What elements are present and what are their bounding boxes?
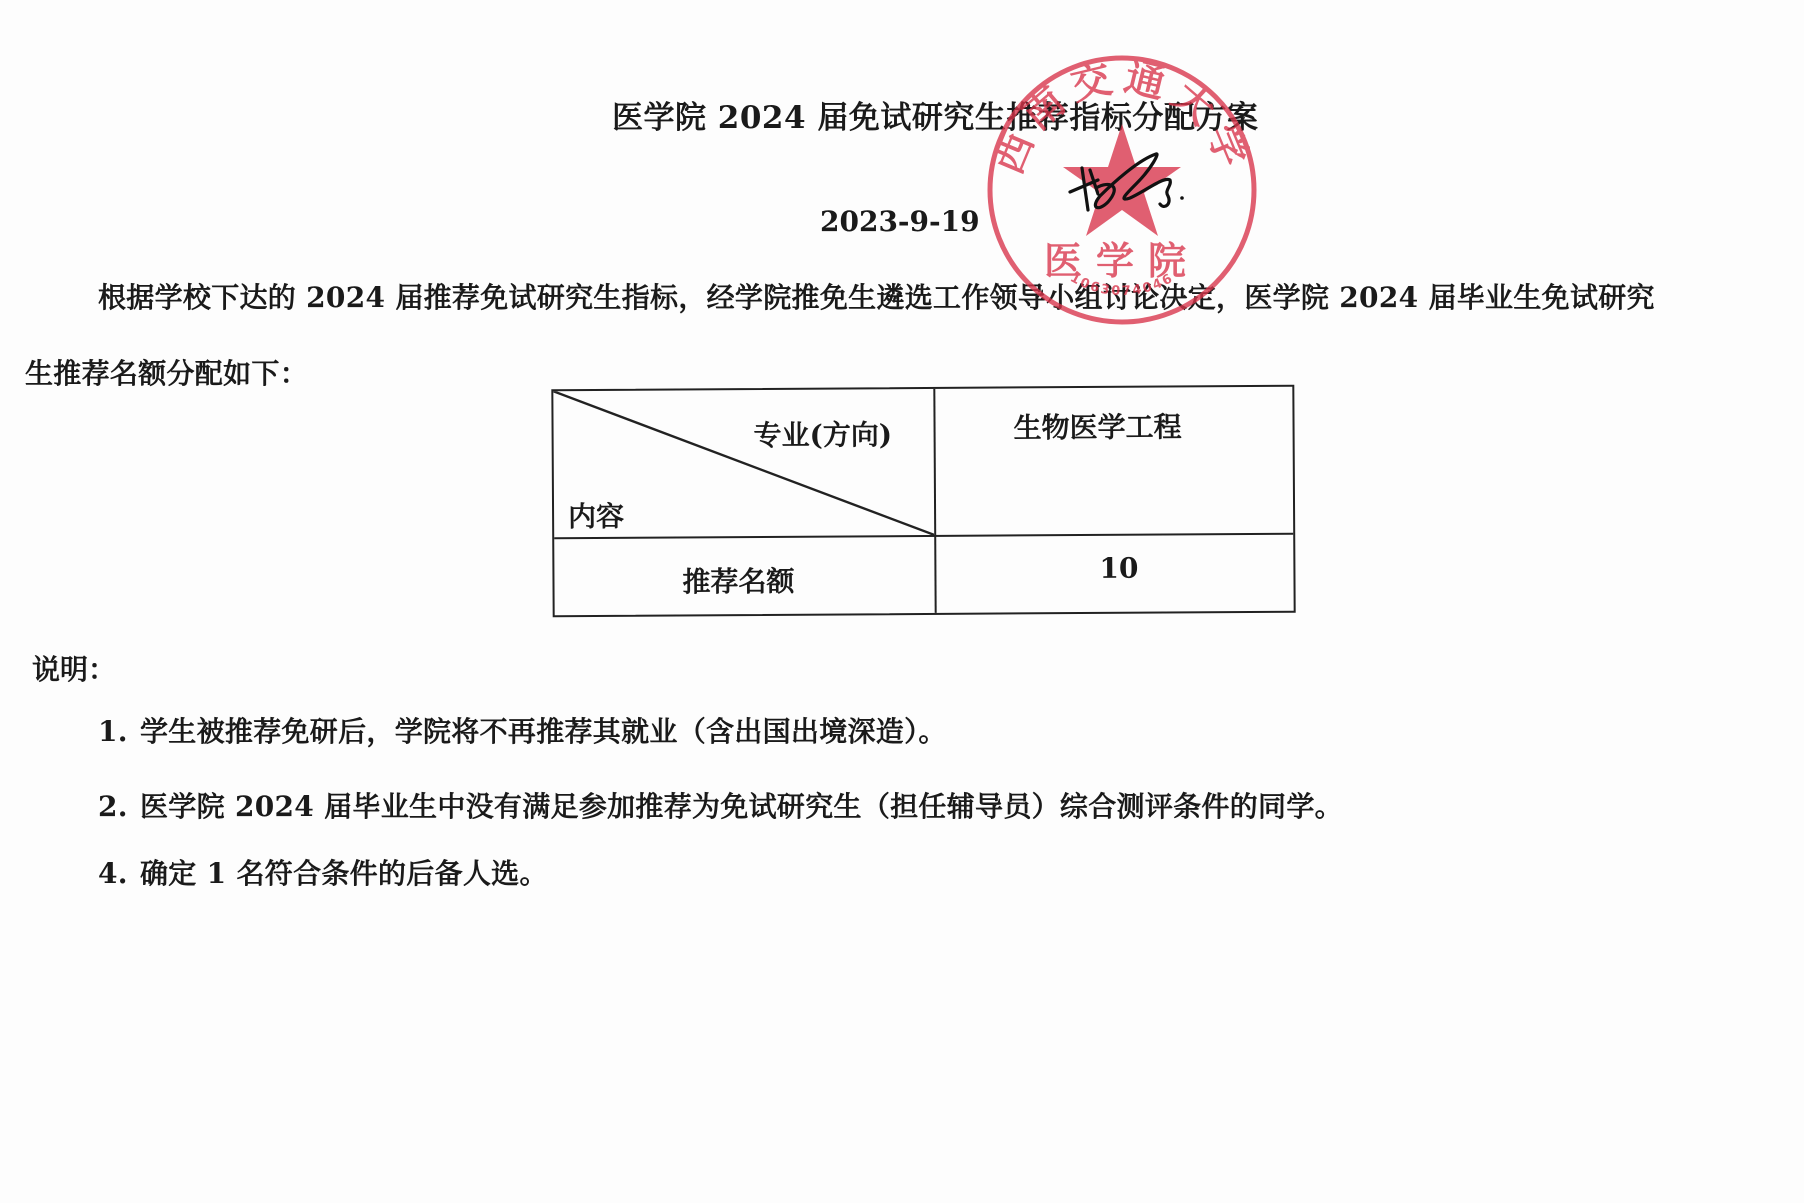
note-item: 4.确定 1 名符合条件的后备人选。 [98, 852, 548, 892]
seal-inner-text: 医学院 [1044, 238, 1200, 283]
note-item: 2.医学院 2024 届毕业生中没有满足参加推荐为免试研究生（担任辅导员）综合测… [98, 785, 1343, 825]
table-cell-quota: 10 [1099, 552, 1138, 585]
document-date: 2023-9-19 [820, 205, 980, 238]
note-text: 医学院 2024 届毕业生中没有满足参加推荐为免试研究生（担任辅导员）综合测评条… [140, 790, 1343, 823]
header-content-label: 内容 [568, 495, 624, 535]
note-text: 学生被推荐免研后，学院将不再推荐其就业（含出国出境深造）。 [140, 715, 947, 748]
handwritten-signature [1060, 150, 1190, 230]
note-item: 1.学生被推荐免研后，学院将不再推荐其就业（含出国出境深造）。 [98, 710, 947, 750]
table-row-label: 推荐名额 [682, 560, 794, 601]
notes-title: 说明： [32, 648, 116, 688]
note-number: 2. [98, 790, 140, 823]
header-major-label: 专业(方向) [753, 413, 892, 454]
intro-paragraph-line-2: 生推荐名额分配如下： [25, 352, 308, 392]
table-column-divider [933, 389, 936, 613]
note-number: 4. [98, 857, 140, 890]
allocation-table: 专业(方向) 内容 生物医学工程 推荐名额 10 [551, 385, 1295, 618]
note-number: 1. [98, 715, 140, 748]
intro-paragraph-line-1: 根据学校下达的 2024 届推荐免试研究生指标，经学院推免生遴选工作领导小组讨论… [98, 276, 1655, 316]
note-text: 确定 1 名符合条件的后备人选。 [140, 857, 548, 890]
table-column-header: 生物医学工程 [1013, 405, 1181, 446]
